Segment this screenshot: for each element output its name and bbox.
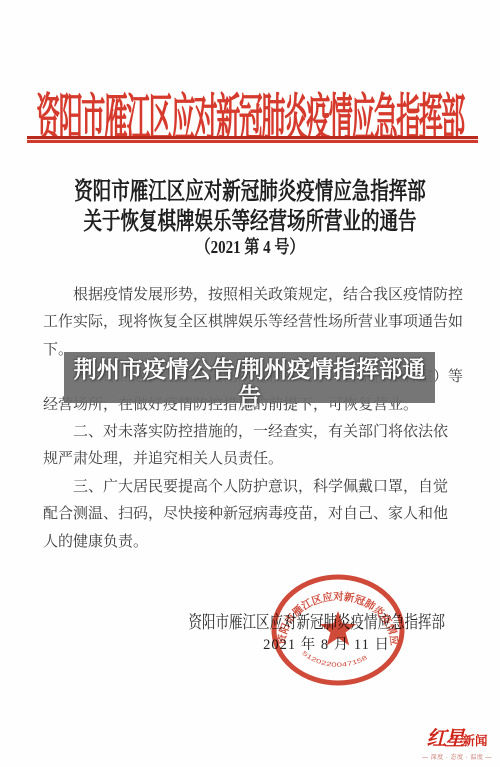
brand-logo-text: 新闻 xyxy=(462,734,487,748)
news-caption-text: 荆州市疫情公告/荆州疫情指挥部通告 xyxy=(69,356,430,409)
body-line: 配合测温、扫码，尽快接种新冠病毒疫苗，对自己、家人和他 xyxy=(43,501,461,528)
body-line: 工作实际，现将恢复全区棋牌娱乐等经营性场所营业事项通告如 xyxy=(43,309,461,336)
seal-serial-number: 5120220047158 xyxy=(301,651,370,669)
document-number: （2021 第 4 号） xyxy=(0,234,500,259)
official-seal: 资阳市雁江区应对新冠肺炎疫情应急指挥部 5120220047158 xyxy=(268,571,408,689)
body-line: 三、广大居民要提高个人防护意识，科学佩戴口罩，自觉 xyxy=(43,474,461,501)
masthead-divider-rule xyxy=(27,136,478,143)
body-line: 二、对未落实防控措施的，一经查实，有关部门将依法依 xyxy=(43,419,461,446)
brand-logo-calligraphy: 红星 xyxy=(426,728,462,750)
document-title-line2: 关于恢复棋牌娱乐等经营场所营业的通告 xyxy=(0,203,500,237)
body-line: 根据疫情发展形势，按照相关政策规定，结合我区疫情防控 xyxy=(43,282,461,309)
seal-star-icon xyxy=(320,611,356,645)
body-line: 人的健康负责。 xyxy=(43,529,461,556)
document-title-line1: 资阳市雁江区应对新冠肺炎疫情应急指挥部 xyxy=(0,173,500,207)
brand-watermark: 红星新闻 — 深度 · 态度 · 温度 — xyxy=(422,722,492,761)
brand-slogan: — 深度 · 态度 · 温度 — xyxy=(422,752,492,761)
news-caption-overlay: 荆州市疫情公告/荆州疫情指挥部通告 xyxy=(64,352,435,403)
notice-body: 根据疫情发展形势，按照相关政策规定，结合我区疫情防控 工作实际，现将恢复全区棋牌… xyxy=(43,282,461,556)
body-line: 规严肃处理，并追究相关人员责任。 xyxy=(43,446,461,473)
